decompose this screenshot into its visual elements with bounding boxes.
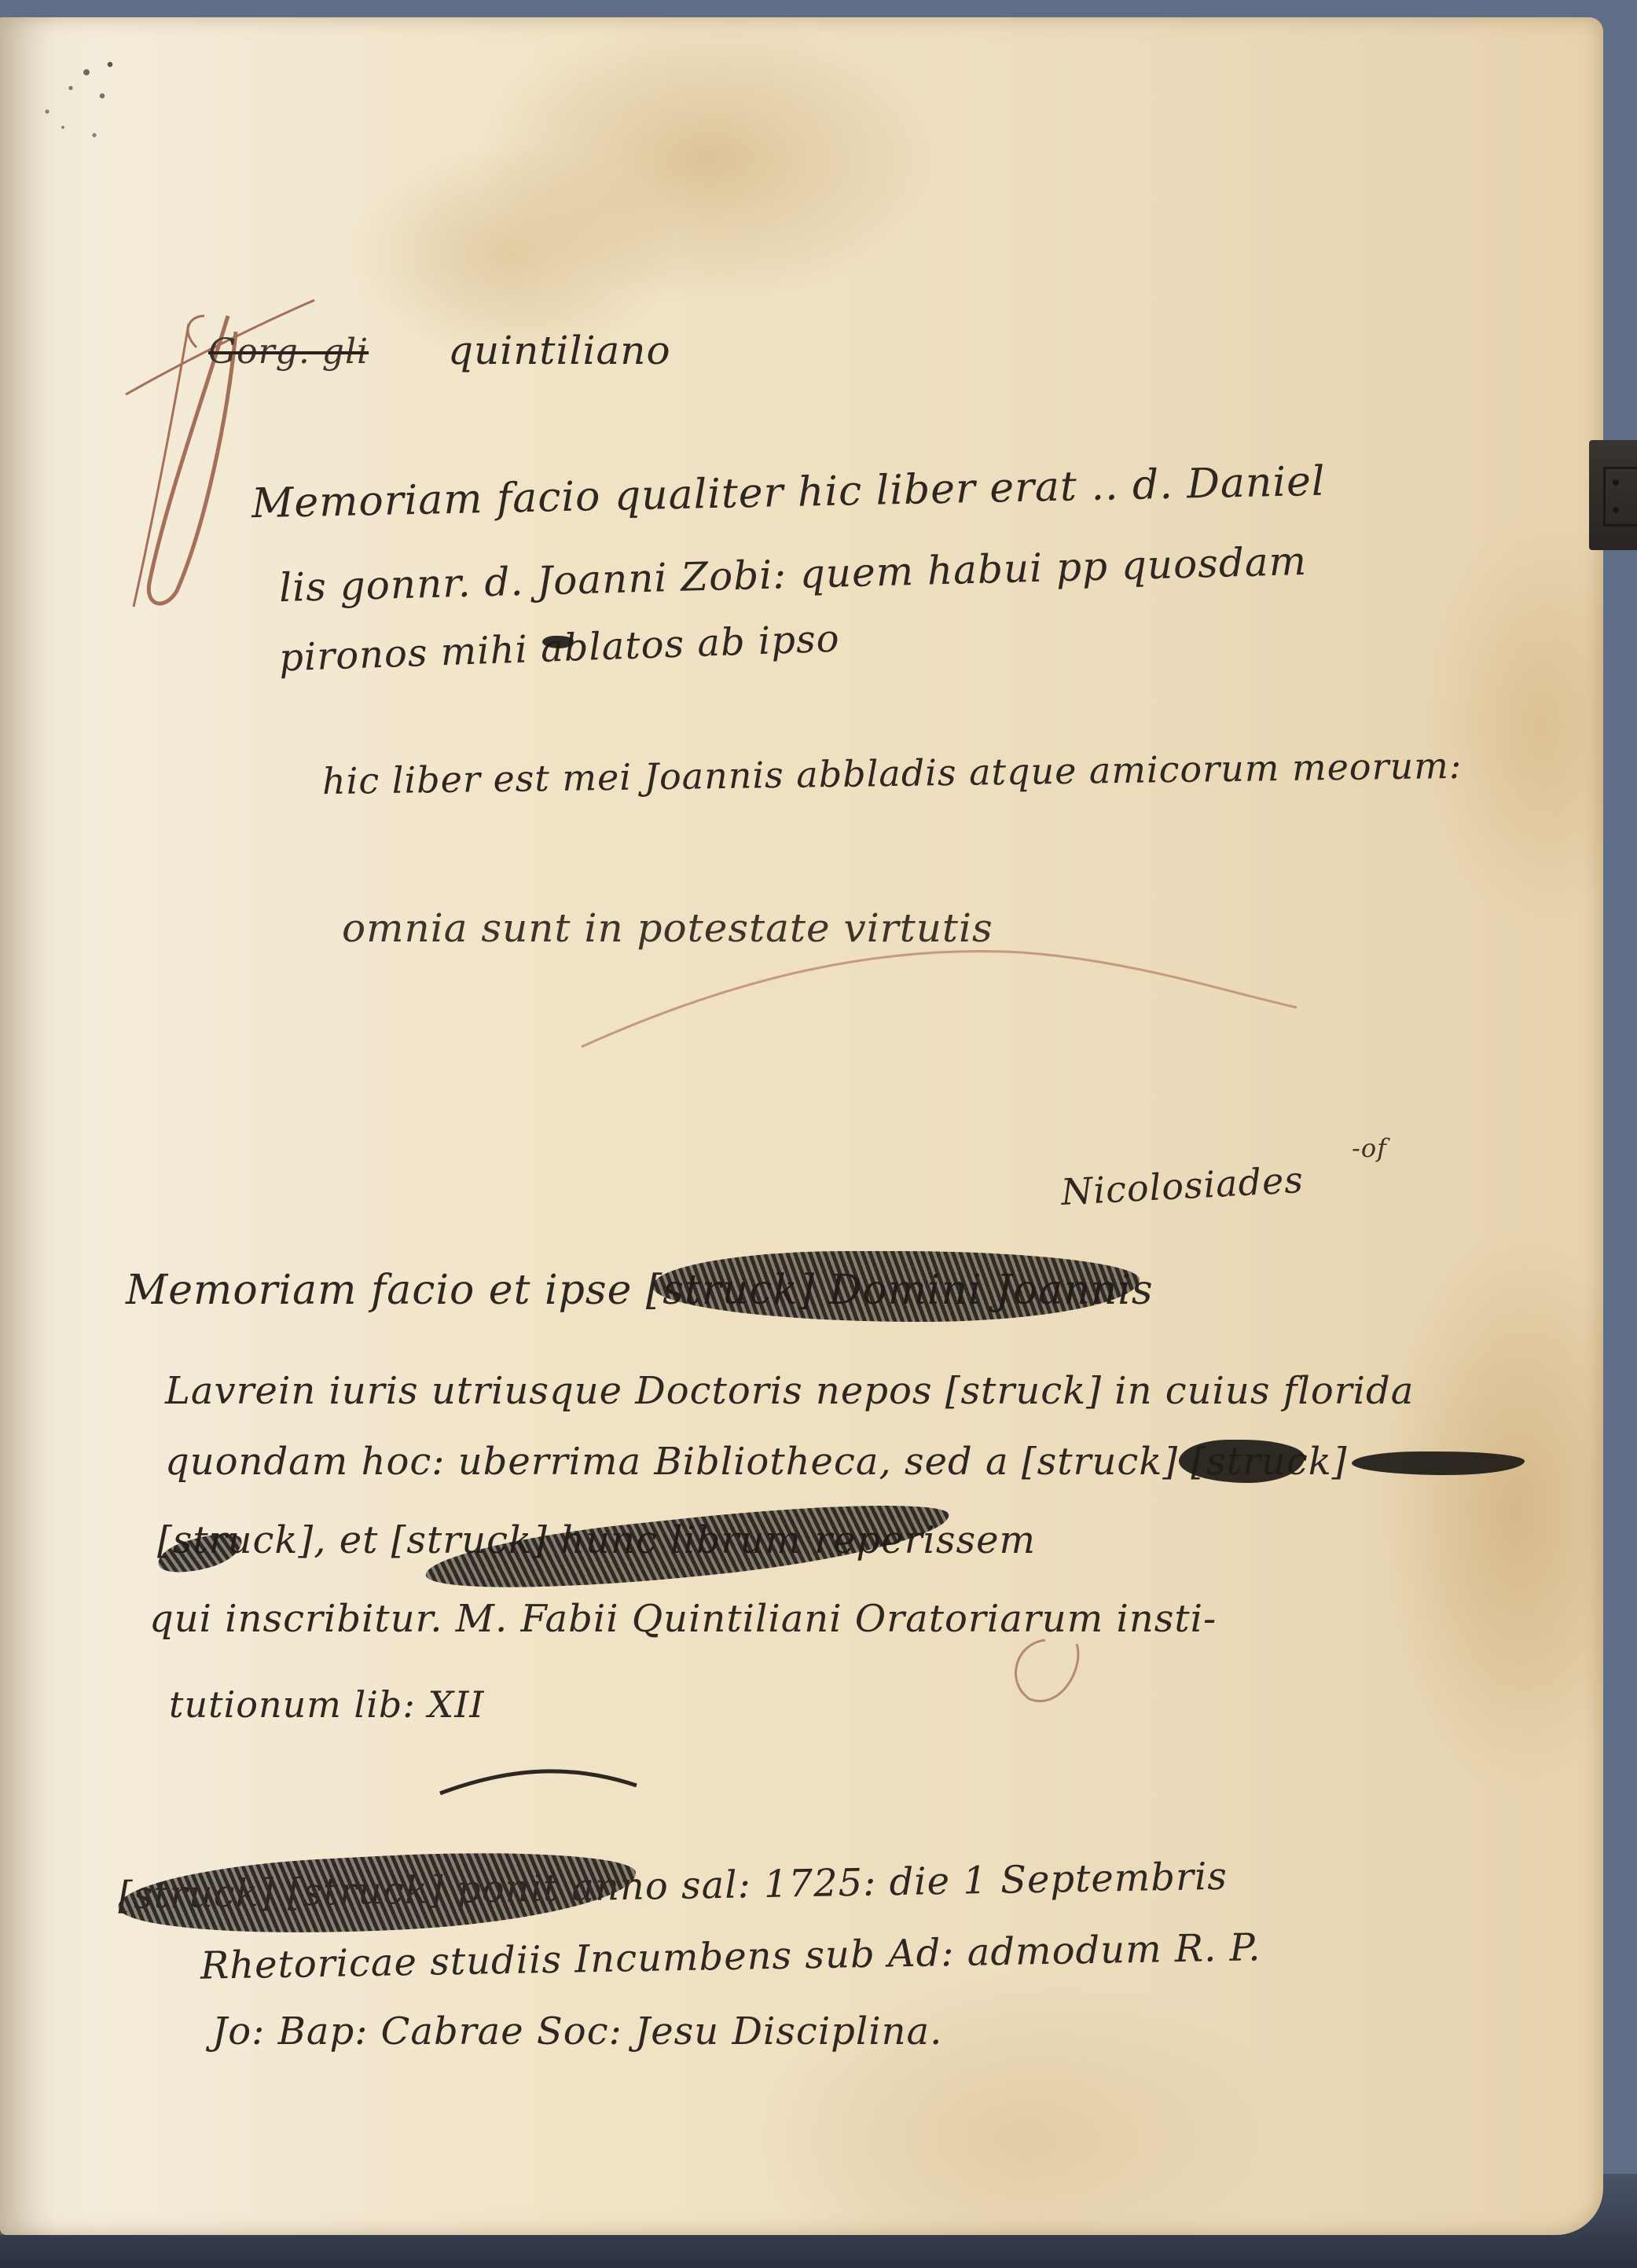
note1-line3: pironos mihi ablatos ab ipso	[278, 617, 840, 681]
struck-text-hatching	[423, 1491, 952, 1605]
clasp-frame	[1603, 467, 1637, 527]
struck-heading-text: Gorg. gli	[208, 332, 369, 372]
ink-underline-flourish-icon	[440, 1762, 644, 1809]
marginal-superscript: -of	[1352, 1133, 1387, 1163]
note4-line6: tutionum lib: XII	[169, 1683, 485, 1726]
red-loop-mark-icon	[998, 1636, 1092, 1707]
note4-line2: Lavrein iuris utriusque Doctoris nepos […	[165, 1369, 1414, 1413]
clasp-rivet	[1613, 479, 1619, 486]
note5-line2: Rhetoricae studiis Incumbens sub Ad: adm…	[200, 1925, 1261, 1988]
note4-line5: qui inscribitur. M. Fabii Quintiliani Or…	[149, 1597, 1217, 1641]
note1-line1: Memoriam facio qualiter hic liber erat .…	[251, 458, 1327, 528]
mold-spots	[16, 33, 126, 159]
ink-blot-redaction	[1352, 1451, 1525, 1475]
note1-line2: lis gonnr. d. Joanni Zobi: quem habui pp…	[278, 538, 1307, 611]
clasp-rivet	[1613, 507, 1619, 513]
red-arc-stroke-icon	[582, 945, 1305, 1055]
book-clasp	[1589, 440, 1637, 550]
binding-gutter-shadow	[0, 17, 55, 2235]
note4-line3: quondam hoc: uberrima Bibliotheca, sed a…	[165, 1440, 1348, 1484]
heading-quintiliano: quintiliano	[448, 328, 671, 373]
note2-ownership: hic liber est mei Joannis abbladis atque…	[322, 744, 1463, 802]
marginal-name-nicolosiades: Nicolosiades	[1060, 1158, 1305, 1213]
note5-line3: Jo: Bap: Cabrae Soc: Jesu Disciplina.	[212, 2009, 942, 2053]
manuscript-page: Gorg. gli quintiliano Memoriam facio qua…	[0, 17, 1603, 2235]
